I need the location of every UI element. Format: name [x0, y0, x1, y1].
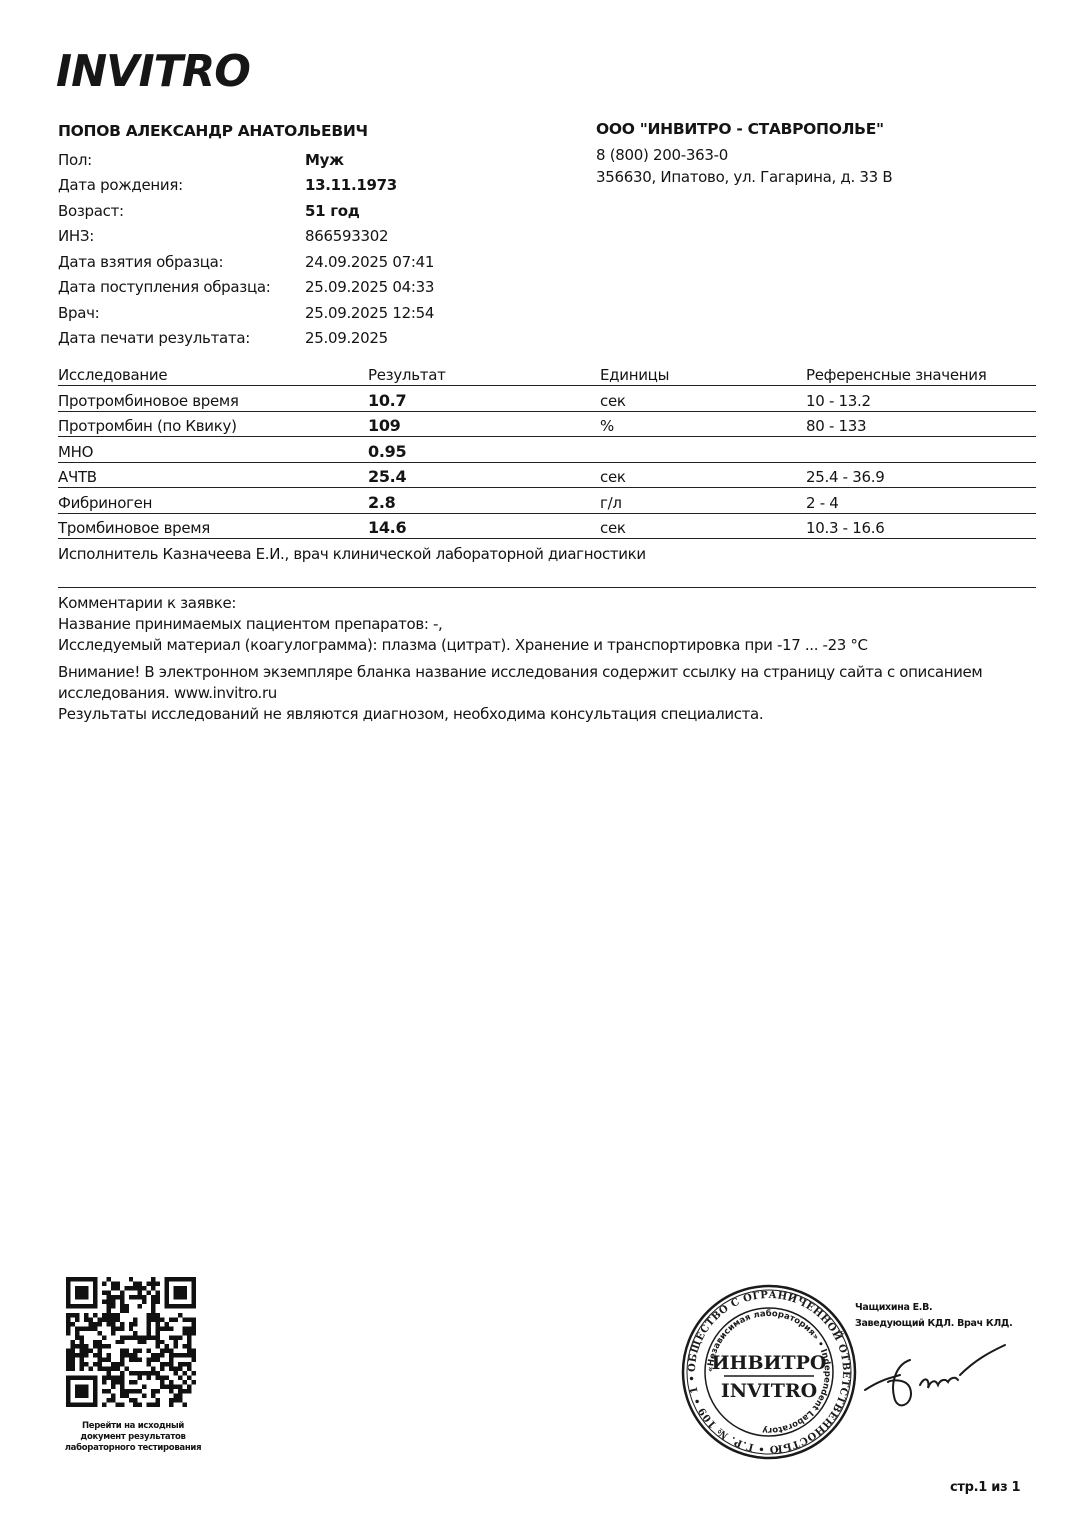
page-number: стр.1 из 1	[950, 1480, 1020, 1495]
test-result: 2.8	[368, 493, 600, 512]
qr-caption-line: лабораторного тестирования	[58, 1443, 208, 1454]
table-header: Исследование Результат Единицы Референсн…	[58, 360, 1036, 386]
notice-line-1: Внимание! В электронном экземпляре бланк…	[58, 663, 1048, 684]
test-units: сек	[600, 392, 806, 410]
field-value: 24.09.2025 07:41	[305, 253, 434, 271]
notice-line-2[interactable]: исследования. www.invitro.ru	[58, 684, 1048, 705]
table-row: Протромбиновое время 10.7 сек 10 - 13.2	[58, 386, 1036, 412]
table-row: МНО 0.95	[58, 437, 1036, 463]
patient-info: Пол: Муж Дата рождения: 13.11.1973 Возра…	[58, 147, 518, 351]
test-result: 10.7	[368, 391, 600, 410]
invitro-logo: INVITRO	[56, 46, 250, 97]
test-reference: 2 - 4	[806, 494, 1036, 512]
patient-field-print-date: Дата печати результата: 25.09.2025	[58, 326, 518, 352]
field-label: Дата печати результата:	[58, 329, 305, 347]
table-row: Тромбиновое время 14.6 сек 10.3 - 16.6	[58, 514, 1036, 540]
test-units: г/л	[600, 494, 806, 512]
field-label: ИНЗ:	[58, 227, 305, 245]
test-name[interactable]: МНО	[58, 443, 368, 461]
comments-block: Комментарии к заявке: Название принимаем…	[58, 594, 1048, 726]
results-table: Исследование Результат Единицы Референсн…	[58, 360, 1036, 539]
qr-caption-line: документ результатов	[58, 1432, 208, 1443]
test-name[interactable]: Протромбиновое время	[58, 392, 368, 410]
field-label: Врач:	[58, 304, 305, 322]
signer-block: Чащихина Е.В. Заведующий КДЛ. Врач КЛД.	[855, 1300, 1012, 1332]
organization-block: ООО "ИНВИТРО - СТАВРОПОЛЬЕ" 8 (800) 200-…	[596, 120, 892, 190]
qr-code-icon[interactable]	[66, 1277, 196, 1407]
patient-field-sample-taken: Дата взятия образца: 24.09.2025 07:41	[58, 249, 518, 275]
svg-text:INVITRO: INVITRO	[721, 1380, 817, 1402]
test-reference: 25.4 - 36.9	[806, 468, 1036, 486]
patient-field-sex: Пол: Муж	[58, 147, 518, 173]
header-reference: Референсные значения	[806, 366, 1036, 384]
header-test: Исследование	[58, 366, 368, 384]
test-result: 109	[368, 416, 600, 435]
field-label: Дата поступления образца:	[58, 278, 305, 296]
test-name[interactable]: АЧТВ	[58, 468, 368, 486]
field-value: 25.09.2025	[305, 329, 388, 347]
test-reference: 80 - 133	[806, 417, 1036, 435]
test-reference: 10 - 13.2	[806, 392, 1036, 410]
signer-name: Чащихина Е.В.	[855, 1300, 1012, 1316]
patient-name: ПОПОВ АЛЕКСАНДР АНАТОЛЬЕВИЧ	[58, 122, 368, 140]
patient-field-order-id: ИНЗ: 866593302	[58, 224, 518, 250]
organization-name: ООО "ИНВИТРО - СТАВРОПОЛЬЕ"	[596, 120, 892, 146]
qr-caption-line: Перейти на исходный	[58, 1421, 208, 1432]
test-units: сек	[600, 519, 806, 537]
field-value: 866593302	[305, 227, 388, 245]
test-result: 14.6	[368, 518, 600, 537]
test-result: 0.95	[368, 442, 600, 461]
handwritten-signature-icon	[860, 1330, 1010, 1420]
patient-field-doctor: Врач: 25.09.2025 12:54	[58, 300, 518, 326]
field-label: Возраст:	[58, 202, 305, 220]
field-label: Дата взятия образца:	[58, 253, 305, 271]
divider	[58, 587, 1036, 588]
comments-material: Исследуемый материал (коагулограмма): пл…	[58, 636, 1048, 657]
comments-medications: Название принимаемых пациентом препарато…	[58, 615, 1048, 636]
field-value: Муж	[305, 151, 344, 169]
test-result: 25.4	[368, 467, 600, 486]
performer: Исполнитель Казначеева Е.И., врач клинич…	[58, 545, 646, 563]
test-reference: 10.3 - 16.6	[806, 519, 1036, 537]
svg-text:ИНВИТРО: ИНВИТРО	[712, 1352, 827, 1374]
test-name[interactable]: Фибриноген	[58, 494, 368, 512]
field-label: Дата рождения:	[58, 176, 305, 194]
organization-address: 356630, Ипатово, ул. Гагарина, д. 33 В	[596, 168, 892, 190]
field-value: 25.09.2025 04:33	[305, 278, 434, 296]
field-value: 51 год	[305, 202, 360, 220]
disclaimer: Результаты исследований не являются диаг…	[58, 705, 1048, 726]
table-row: Протромбин (по Квику) 109 % 80 - 133	[58, 412, 1036, 438]
qr-caption: Перейти на исходный документ результатов…	[58, 1421, 208, 1454]
test-units: %	[600, 417, 806, 435]
header-units: Единицы	[600, 366, 806, 384]
patient-field-age: Возраст: 51 год	[58, 198, 518, 224]
field-value: 25.09.2025 12:54	[305, 304, 434, 322]
seal-stamp-icon: ОБЩЕСТВО С ОГРАНИЧЕННОЙ ОТВЕТСТВЕННОСТЬЮ…	[680, 1283, 858, 1461]
test-name[interactable]: Тромбиновое время	[58, 519, 368, 537]
field-value: 13.11.1973	[305, 176, 397, 194]
header-result: Результат	[368, 366, 600, 384]
patient-field-sample-received: Дата поступления образца: 25.09.2025 04:…	[58, 275, 518, 301]
table-row: АЧТВ 25.4 сек 25.4 - 36.9	[58, 463, 1036, 489]
test-name[interactable]: Протромбин (по Квику)	[58, 417, 368, 435]
table-row: Фибриноген 2.8 г/л 2 - 4	[58, 488, 1036, 514]
comments-title: Комментарии к заявке:	[58, 594, 1048, 615]
field-label: Пол:	[58, 151, 305, 169]
organization-phone: 8 (800) 200-363-0	[596, 146, 892, 168]
test-units: сек	[600, 468, 806, 486]
patient-field-birthdate: Дата рождения: 13.11.1973	[58, 173, 518, 199]
